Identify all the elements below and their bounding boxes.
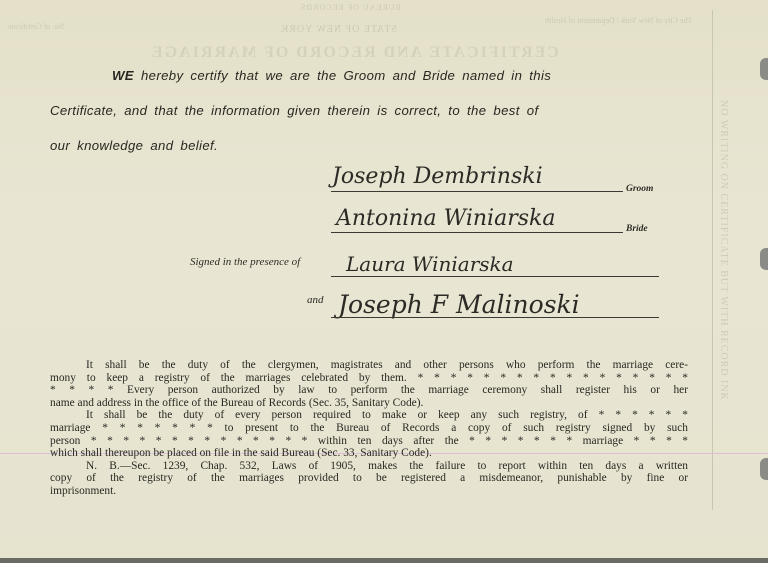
- legal-line: person * * * * * * * * * * * * * * withi…: [50, 435, 688, 448]
- certification-line-2: Certificate, and that the information gi…: [50, 93, 662, 128]
- binder-hole: [760, 58, 768, 80]
- legal-line: marriage * * * * * * * to present to the…: [50, 422, 688, 435]
- bleed-through-certificate-number: No. of Certificate: [8, 22, 64, 31]
- legal-line: which shall thereupon be placed on file …: [50, 447, 688, 460]
- witness-2-signature-line: [331, 317, 659, 318]
- bride-signature: Antonina Winiarska: [336, 206, 555, 231]
- and-label: and: [307, 294, 324, 306]
- witness-1-signature: Laura Winiarska: [346, 252, 514, 276]
- legal-line: imprisonment.: [50, 485, 688, 498]
- bride-signature-line: [331, 232, 623, 233]
- legal-line: copy of the registry of the marriages pr…: [50, 472, 688, 485]
- legal-line: mony to keep a registry of the marriages…: [50, 372, 688, 385]
- margin-rule: [712, 10, 713, 510]
- binder-hole: [760, 458, 768, 480]
- legal-notice: It shall be the duty of the clergymen, m…: [50, 359, 688, 498]
- binder-hole: [760, 248, 768, 270]
- certification-line-1: WE hereby certify that we are the Groom …: [50, 58, 662, 93]
- bleed-through-margin-text: NO WRITING ON CERTIFICATE BUT WITH RECOR…: [718, 100, 729, 401]
- legal-line: N. B.—Sec. 1239, Chap. 532, Laws of 1905…: [50, 460, 688, 473]
- legal-line: It shall be the duty of every person req…: [50, 409, 688, 422]
- legal-line: name and address in the office of the Bu…: [50, 397, 688, 410]
- certification-statement: WE hereby certify that we are the Groom …: [50, 58, 662, 163]
- scan-edge: [0, 558, 768, 563]
- groom-label: Groom: [626, 184, 653, 194]
- groom-signature: Joseph Dembrinski: [332, 164, 543, 189]
- bride-label: Bride: [626, 224, 648, 234]
- bleed-through-text: BUREAU OF RECORDS: [300, 3, 401, 12]
- legal-line: It shall be the duty of the clergymen, m…: [50, 359, 688, 372]
- legal-line: * * * * Every person authorized by law t…: [50, 384, 688, 397]
- certification-line-3: our knowledge and belief.: [50, 128, 662, 163]
- bleed-through-state: STATE OF NEW YORK: [280, 24, 397, 35]
- certificate-page: BUREAU OF RECORDS STATE OF NEW YORK No. …: [0, 0, 768, 563]
- witness-1-signature-line: [331, 276, 659, 277]
- groom-signature-line: [331, 191, 623, 192]
- witness-label: Signed in the presence of: [190, 256, 300, 268]
- witness-2-signature: Joseph F Malinoski: [338, 290, 580, 319]
- bleed-through-bureau: The City of New York / Department of Hea…: [545, 16, 692, 26]
